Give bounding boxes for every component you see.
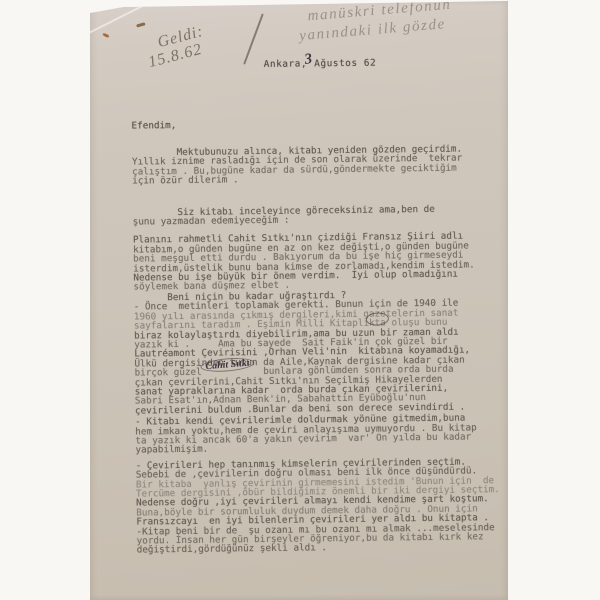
paragraph: Mektubunuzu alınca, kitabı yeniden gözde… [132,144,506,186]
paragraph: Planını rahmetli Cahit Sıtkı'nın çizdiği… [133,231,508,292]
dateline-month-year: Ağustos 62 [314,58,376,70]
received-date-note: Geldi: 15.8.62 [142,23,210,71]
photo-background: manüskri telefonun yanındaki ilk gözde G… [0,0,600,600]
typed-line: yapabilmişim. [135,441,509,455]
letter-body: Mektubunuzu alınca, kitabı yeniden gözde… [132,144,511,563]
paragraph: Beni niçin bu kadar uğraştırdı ?- Önce m… [134,289,509,416]
paper-speck [102,33,110,39]
pencil-annotation: manüskri telefonun yanındaki ilk gözde [307,0,454,45]
paper-speck [136,22,145,27]
dateline-city: Ankara, [264,58,308,70]
typed-line: değiştirdi,gördüğünüz şekli aldı . [137,541,511,555]
dateline: Ankara,3Ağustos 62 [264,58,377,70]
handwritten-slash-mark [243,13,264,64]
typed-line: için özür dilerim . [132,172,506,186]
handwritten-day-number: 3 [304,55,313,66]
paragraph: - Kitabı kendi çevirilerimle doldurmak y… [135,413,509,455]
paper-crease [86,0,153,35]
paper-content: manüskri telefonun yanındaki ilk gözde G… [90,0,515,600]
typed-line: şunu yazmadan edemiyeceğim : [133,213,507,227]
paragraph: - Çevirileri hep tanınmış kimselerin çev… [136,457,511,556]
salutation: Efendim, [131,121,176,131]
paragraph: Siz kitabı inceleyince göreceksiniz ama,… [133,204,507,227]
letter-paper: manüskri telefonun yanındaki ilk gözde G… [90,0,508,600]
